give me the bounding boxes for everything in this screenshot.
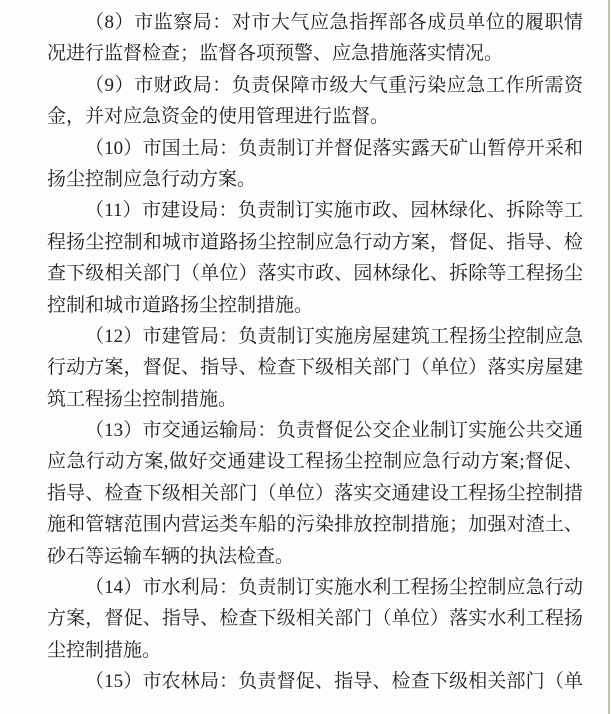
text-line: （14）市水利局：负责制订实施水利工程扬尘控制应急行动 xyxy=(47,572,583,603)
text-line: 金，并对应急资金的使用管理进行监督。 xyxy=(47,101,583,132)
text-line: （8）市监察局：对市大气应急指挥部各成员单位的履职情 xyxy=(47,7,583,38)
text-line: 控制和城市道路扬尘控制措施。 xyxy=(47,290,583,321)
text-line: 指导、检查下级相关部门（单位）落实交通建设工程扬尘控制措 xyxy=(47,478,583,509)
text-line: 应急行动方案,做好交通建设工程扬尘控制应急行动方案;督促、 xyxy=(47,446,583,477)
text-line: 况进行监督检查；监督各项预警、应急措施落实情况。 xyxy=(47,38,583,69)
document-text-block: （8）市监察局：对市大气应急指挥部各成员单位的履职情况进行监督检查；监督各项预警… xyxy=(47,7,583,698)
text-line: 查下级相关部门（单位）落实市政、园林绿化、拆除等工程扬尘 xyxy=(47,258,583,289)
document-page: （8）市监察局：对市大气应急指挥部各成员单位的履职情况进行监督检查；监督各项预警… xyxy=(0,0,611,714)
text-line: 行动方案，督促、指导、检查下级相关部门（单位）落实房屋建 xyxy=(47,352,583,383)
text-line: （12）市建管局：负责制订实施房屋建筑工程扬尘控制应急 xyxy=(47,321,583,352)
text-line: 方案，督促、指导、检查下级相关部门（单位）落实水利工程扬 xyxy=(47,603,583,634)
text-line: 尘控制措施。 xyxy=(47,635,583,666)
text-line: 扬尘控制应急行动方案。 xyxy=(47,164,583,195)
text-line: （15）市农林局：负责督促、指导、检查下级相关部门（单 xyxy=(47,666,583,697)
text-line: （11）市建设局：负责制订实施市政、园林绿化、拆除等工 xyxy=(47,195,583,226)
text-line: （13）市交通运输局：负责督促公交企业制订实施公共交通 xyxy=(47,415,583,446)
page-edge-line xyxy=(608,0,610,714)
text-line: 筑工程扬尘控制措施。 xyxy=(47,384,583,415)
text-line: （10）市国土局：负责制订并督促落实露天矿山暂停开采和 xyxy=(47,133,583,164)
text-line: （9）市财政局：负责保障市级大气重污染应急工作所需资 xyxy=(47,70,583,101)
text-line: 施和管辖范围内营运类车船的污染排放控制措施；加强对渣土、 xyxy=(47,509,583,540)
text-line: 程扬尘控制和城市道路扬尘控制应急行动方案，督促、指导、检 xyxy=(47,227,583,258)
text-line: 砂石等运输车辆的执法检查。 xyxy=(47,541,583,572)
